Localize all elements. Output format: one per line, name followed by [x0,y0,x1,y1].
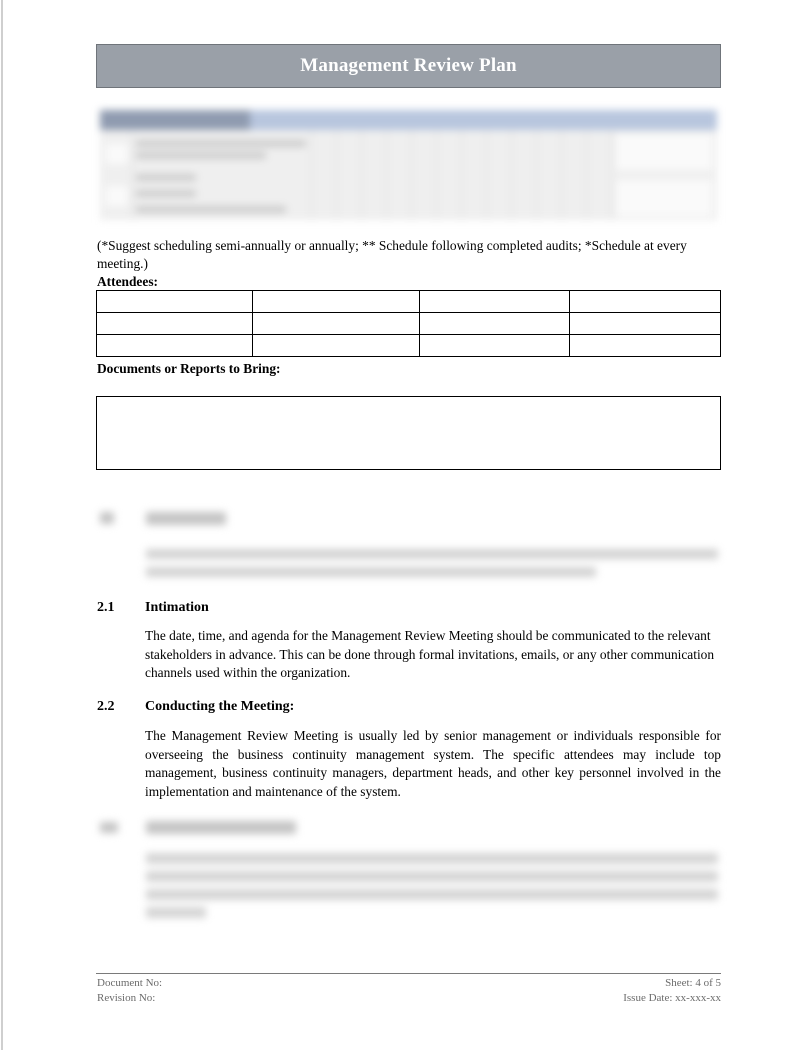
section-title: Conducting the Meeting: [145,699,294,715]
attendee-cell[interactable] [420,291,570,313]
footer-document-no: Document No: [97,977,162,989]
footer-revision-no: Revision No: [97,992,155,1004]
table-row [97,335,721,357]
footer-issue-date: Issue Date: xx-xxx-xx [623,992,721,1004]
documents-label: Documents or Reports to Bring: [97,361,280,377]
title-banner: Management Review Plan [96,44,721,88]
attendee-cell[interactable] [97,313,253,335]
documents-input-box[interactable] [96,396,721,470]
section-body: The Management Review Meeting is usually… [145,727,721,801]
footer-divider [96,973,721,974]
section-body: The date, time, and agenda for the Manag… [145,627,721,683]
section-number: 2.1 [97,600,115,616]
attendee-cell[interactable] [570,335,721,357]
attendee-cell[interactable] [252,335,420,357]
attendee-cell[interactable] [570,313,721,335]
attendee-cell[interactable] [570,291,721,313]
page-title: Management Review Plan [300,55,517,77]
attendees-table [96,290,721,357]
page-edge-divider [1,0,3,1050]
attendee-cell[interactable] [252,313,420,335]
attendee-cell[interactable] [97,335,253,357]
attendee-cell[interactable] [420,313,570,335]
table-row [97,291,721,313]
footer-sheet: Sheet: 4 of 5 [665,977,721,989]
blurred-schedule-table [96,104,721,222]
schedule-note: (*Suggest scheduling semi-annually or an… [97,237,722,273]
section-title: Intimation [145,600,209,616]
attendees-label: Attendees: [97,274,158,290]
attendee-cell[interactable] [252,291,420,313]
section-number: 2.2 [97,699,115,715]
table-row [97,313,721,335]
blurred-section-2-3 [96,815,726,925]
blurred-section-procedure [96,505,726,585]
attendee-cell[interactable] [97,291,253,313]
attendee-cell[interactable] [420,335,570,357]
